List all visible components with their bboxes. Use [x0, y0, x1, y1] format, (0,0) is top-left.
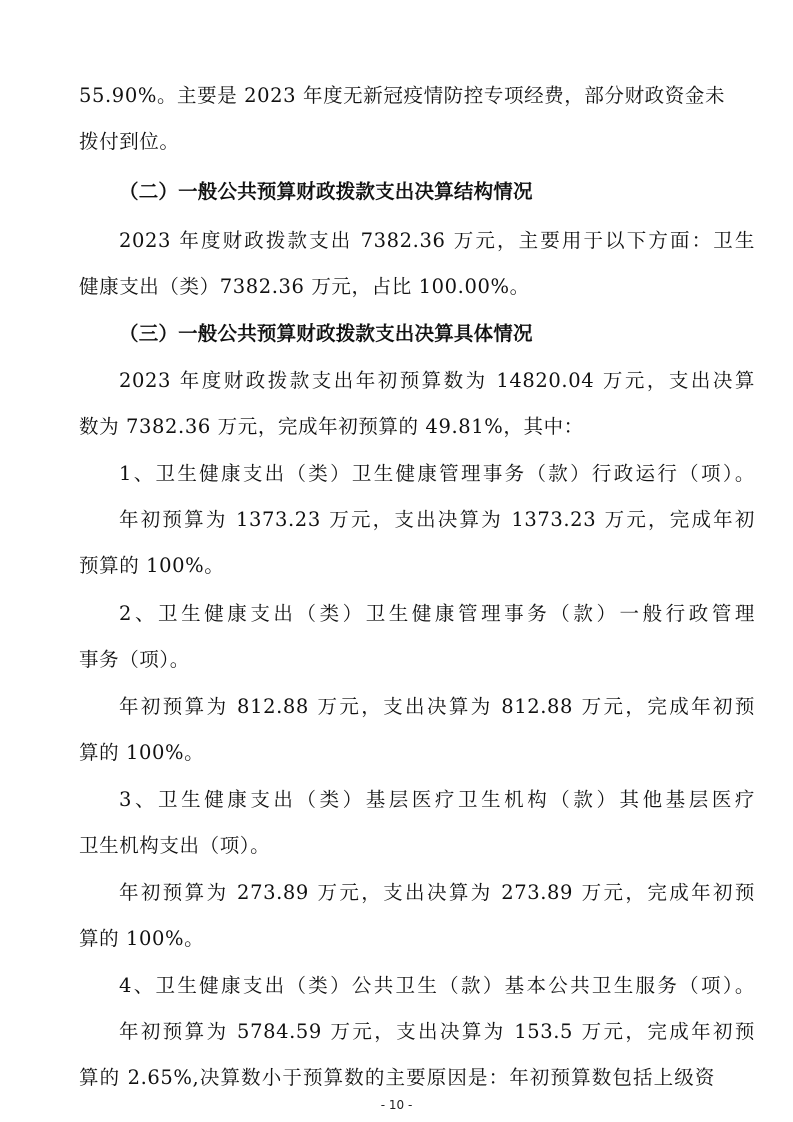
paragraph-line: 年初预算为 5784.59 万元，支出决算为 153.5 万元，完成年初预 [119, 1018, 755, 1046]
paragraph-line: 算的 100%。 [79, 925, 715, 953]
paragraph-line: 2023 年度财政拨款支出年初预算数为 14820.04 万元，支出决算 [119, 367, 755, 395]
paragraph-line: 事务（项）。 [79, 646, 715, 674]
paragraph-line: 健康支出（类）7382.36 万元，占比 100.00%。 [79, 273, 715, 301]
list-item-4: 4、卫生健康支出（类）公共卫生（款）基本公共卫生服务（项）。 [119, 972, 755, 1000]
paragraph-line: 数为 7382.36 万元，完成年初预算的 49.81%，其中： [79, 413, 715, 441]
paragraph-line: 算的 2.65%,决算数小于预算数的主要原因是：年初预算数包括上级资 [79, 1064, 715, 1092]
paragraph-line: 拨付到位。 [79, 128, 715, 156]
list-item-3: 3、卫生健康支出（类）基层医疗卫生机构（款）其他基层医疗 [119, 786, 755, 814]
paragraph-line: 2023 年度财政拨款支出 7382.36 万元，主要用于以下方面：卫生 [119, 227, 755, 255]
paragraph-line: 卫生机构支出（项）。 [79, 832, 715, 860]
page-number: - 10 - [0, 1098, 793, 1112]
paragraph-line: 年初预算为 273.89 万元，支出决算为 273.89 万元，完成年初预 [119, 879, 755, 907]
section-heading-2: （二）一般公共预算财政拨款支出决算结构情况 [119, 178, 755, 206]
paragraph-line: 算的 100%。 [79, 739, 715, 767]
section-heading-3: （三）一般公共预算财政拨款支出决算具体情况 [119, 320, 755, 348]
list-item-1: 1、卫生健康支出（类）卫生健康管理事务（款）行政运行（项）。 [119, 460, 755, 488]
document-page: 55.90%。主要是 2023 年度无新冠疫情防控专项经费，部分财政资金未 拨付… [0, 0, 793, 1122]
paragraph-line: 55.90%。主要是 2023 年度无新冠疫情防控专项经费，部分财政资金未 [79, 82, 715, 110]
list-item-2: 2、卫生健康支出（类）卫生健康管理事务（款）一般行政管理 [119, 600, 755, 628]
paragraph-line: 年初预算为 812.88 万元，支出决算为 812.88 万元，完成年初预 [119, 693, 755, 721]
paragraph-line: 年初预算为 1373.23 万元，支出决算为 1373.23 万元，完成年初 [119, 506, 755, 534]
paragraph-line: 预算的 100%。 [79, 552, 715, 580]
